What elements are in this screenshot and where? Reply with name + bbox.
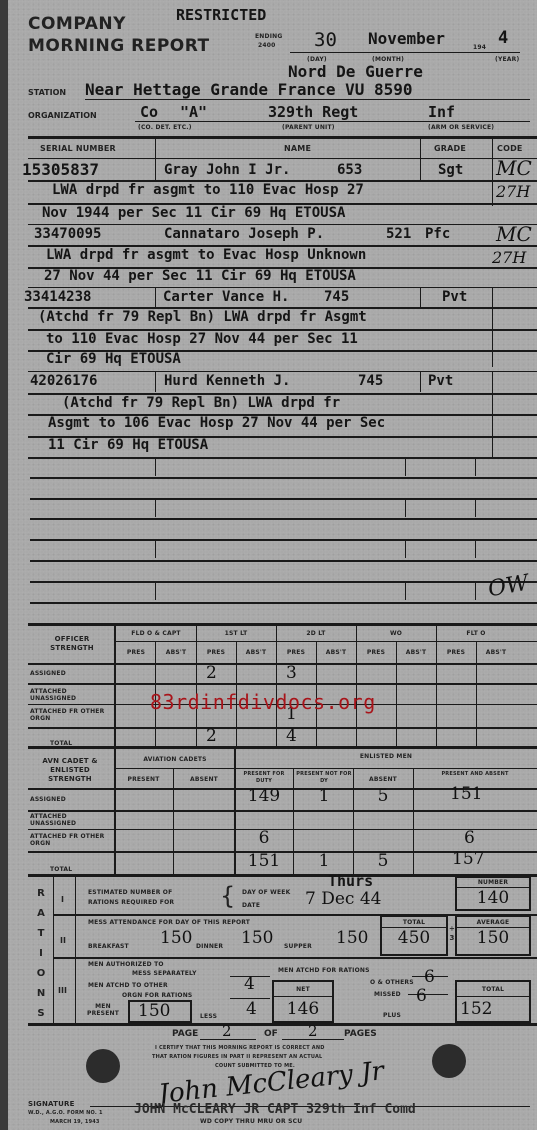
entry-name: Gray John I Jr. — [164, 162, 290, 178]
entry-code-1: MC — [496, 156, 532, 180]
officer-strength-title: OFFICER STRENGTH — [36, 635, 108, 653]
subcol-abst: ABS'T — [316, 649, 356, 656]
row-total-label: TOTAL — [50, 866, 72, 873]
punch-hole-left — [86, 1049, 120, 1083]
em-assigned-present-duty: 149 — [236, 786, 292, 806]
entry-grade: Sgt — [438, 162, 463, 178]
report-month: November — [368, 29, 445, 48]
col-code: CODE — [497, 144, 523, 153]
entry-remark: 11 Cir 69 Hq ETOUSA — [48, 437, 208, 453]
em-total-absent: 5 — [354, 851, 412, 871]
row-attached-other-label: ATTACHED FR OTHER ORGN — [30, 833, 110, 847]
rations-total-label: TOTAL — [457, 986, 529, 993]
em-total-present-duty: 151 — [236, 851, 292, 871]
em-attached-present-duty: 6 — [236, 828, 292, 848]
breakfast-label: BREAKFAST — [88, 943, 129, 950]
org-caption-arm: (ARM OR SERVICE) — [428, 124, 494, 131]
entry-grade: Pfc — [425, 226, 450, 242]
entry-code-2: 27H — [492, 248, 526, 267]
year-caption: (YEAR) — [495, 56, 519, 63]
entry-code-2: 27H — [496, 182, 530, 201]
station-line1: Nord De Guerre — [288, 62, 423, 81]
entry-remark: to 110 Evac Hosp 27 Nov 44 per Sec 11 — [46, 331, 358, 347]
officer-assigned-2d-lt-pres: 3 — [286, 663, 297, 683]
entry-serial: 42026176 — [30, 373, 97, 389]
rations-number-value: 140 — [457, 888, 529, 908]
group-2d-lt: 2D LT — [276, 630, 356, 637]
of-label: OF — [264, 1029, 278, 1039]
entry-name: Cannataro Joseph P. — [164, 226, 324, 242]
rations-section-1-numeral: I — [61, 895, 64, 904]
entry-serial: 33414238 — [24, 289, 91, 305]
enlisted-strength-title: AVN CADET & ENLISTED STRENGTH — [30, 757, 110, 784]
form-date: MARCH 19, 1943 — [50, 1119, 100, 1125]
col-present-not-for-duty: PRESENT NOT FOR DY — [295, 771, 353, 785]
watermark: 83rdinfdivdocs.org — [150, 690, 376, 714]
breakfast-value: 150 — [160, 928, 192, 948]
mess-total-label: TOTAL — [382, 919, 446, 926]
men-present-label: MEN PRESENT — [80, 1003, 126, 1017]
entry-remark: 27 Nov 44 per Sec 11 Cir 69 Hq ETOUSA — [44, 268, 356, 284]
entry-code-1: MC — [496, 222, 532, 246]
row-attached-unassigned-label: ATTACHED UNASSIGNED — [30, 688, 110, 702]
dinner-label: DINNER — [196, 943, 223, 950]
mess-total-value: 450 — [382, 928, 446, 948]
subcol-abst: ABS'T — [396, 649, 436, 656]
col-name: NAME — [284, 144, 311, 153]
day-of-week-label: DAY OF WEEK — [242, 889, 290, 896]
o-and-others-value: 6 — [424, 967, 435, 987]
entry-remark: LWA drpd fr asgmt to 110 Evac Hosp 27 — [52, 182, 364, 198]
entry-remark: (Atchd fr 79 Repl Bn) LWA drpd fr Asgmt — [38, 309, 367, 325]
org-caption-parent: (PARENT UNIT) — [282, 124, 335, 131]
entry-serial: 15305837 — [22, 160, 99, 179]
entry-mos: 521 — [386, 226, 411, 242]
signature-label: SIGNATURE — [28, 1100, 75, 1108]
aviation-cadets-header: AVIATION CADETS — [116, 756, 234, 763]
o-and-others-label: O & OTHERS — [370, 979, 414, 986]
certification-line-2: THAT RATION FIGURES IN PART II REPRESENT… — [152, 1054, 322, 1060]
entry-serial: 33470095 — [34, 226, 101, 242]
em-attached-total: 6 — [464, 828, 475, 848]
subcol-abst: ABS'T — [476, 649, 516, 656]
col-present-and-absent: PRESENT AND ABSENT — [414, 771, 536, 778]
entry-mos: 653 — [337, 162, 362, 178]
entry-mos: 745 — [358, 373, 383, 389]
row-assigned-label: ASSIGNED — [30, 670, 66, 677]
plus-label: PLUS — [383, 1012, 401, 1019]
form-title-line2: MORNING REPORT — [28, 36, 210, 56]
form-title-line1: COMPANY — [28, 14, 126, 34]
em-assigned-present-not-duty: 1 — [295, 786, 353, 806]
less-value: 4 — [246, 999, 257, 1019]
net-value: 146 — [274, 999, 332, 1019]
entry-remark: (Atchd fr 79 Repl Bn) LWA drpd fr — [62, 395, 340, 411]
entry-remark: Cir 69 Hq ETOUSA — [46, 351, 181, 367]
org-arm: Inf — [428, 103, 455, 121]
entry-remark: Asgmt to 106 Evac Hosp 27 Nov 44 per Sec — [48, 415, 385, 431]
ending-time-label: 2400 — [258, 42, 276, 49]
subcol-pres: PRES — [116, 649, 156, 656]
em-assigned-total: 151 — [450, 784, 482, 804]
page-label: PAGE — [172, 1029, 198, 1039]
col-present-for-duty: PRESENT FOR DUTY — [236, 771, 292, 785]
mess-attendance-label: MESS ATTENDANCE FOR DAY OF THIS REPORT — [88, 919, 250, 926]
col-avn-absent: ABSENT — [174, 776, 234, 783]
officer-total-2d-lt-pres: 4 — [286, 726, 297, 746]
supper-label: SUPPER — [284, 943, 312, 950]
col-avn-present: PRESENT — [114, 776, 173, 783]
classification-stamp: RESTRICTED — [176, 6, 266, 24]
atchd-for-rations-label: MEN ATCHD FOR RATIONS — [278, 967, 370, 974]
year-prefix: 194 — [473, 44, 486, 51]
form-number: W.D., A.G.O. FORM NO. 1 — [28, 1110, 103, 1116]
group-wo: WO — [356, 630, 436, 637]
col-em-absent: ABSENT — [354, 776, 412, 783]
morning-report-document: COMPANY MORNING REPORT RESTRICTED ENDING… — [0, 0, 537, 1130]
ending-label: ENDING — [255, 33, 282, 40]
atchd-other-label-1: MEN ATCHD TO OTHER — [88, 982, 168, 989]
missed-label: MISSED — [374, 991, 401, 998]
organization-label: ORGANIZATION — [28, 111, 97, 120]
mess-separately-label-1: MEN AUTHORIZED TO — [88, 961, 164, 968]
mess-separately-value: 4 — [244, 974, 255, 994]
station-line2: Near Hettage Grande France VU 8590 — [85, 80, 413, 99]
entry-remark: Nov 1944 per Sec 11 Cir 69 Hq ETOUSA — [42, 205, 345, 221]
officer-assigned-1st-lt-pres: 2 — [206, 663, 217, 683]
certification-line-1: I CERTIFY THAT THIS MORNING REPORT IS CO… — [155, 1045, 325, 1051]
plus-value: 6 — [416, 986, 427, 1006]
enlisted-men-header: ENLISTED MEN — [236, 753, 536, 760]
men-present-value: 150 — [138, 1001, 170, 1021]
org-company-letter: "A" — [180, 103, 207, 121]
org-parent-unit: 329th Regt — [268, 103, 358, 121]
punch-hole-right — [432, 1044, 466, 1078]
entry-name: Hurd Kenneth J. — [164, 373, 290, 389]
brace-icon: { — [220, 882, 235, 910]
subcol-pres: PRES — [276, 649, 316, 656]
number-label: NUMBER — [457, 879, 529, 886]
station-label: STATION — [28, 88, 66, 97]
col-grade: GRADE — [434, 144, 466, 153]
entry-mos: 745 — [324, 289, 349, 305]
date-value: 7 Dec 44 — [305, 889, 381, 909]
mess-separately-label-2: MESS SEPARATELY — [132, 970, 197, 977]
day-of-week-value: Thurs — [328, 872, 373, 890]
rations-section-2-numeral: II — [60, 936, 66, 945]
entry-grade: Pvt — [442, 289, 467, 305]
org-company: Co — [140, 103, 158, 121]
subcol-pres: PRES — [196, 649, 236, 656]
date-label: DATE — [242, 902, 260, 909]
org-caption-company: (CO. DET. ETC.) — [138, 124, 192, 131]
average-label: AVERAGE — [457, 919, 529, 926]
entry-remark: LWA drpd fr asgmt to Evac Hosp Unknown — [46, 247, 366, 263]
group-flt-o: FLT O — [436, 630, 516, 637]
total-pages: 2 — [308, 1022, 318, 1040]
subcol-abst: ABS'T — [156, 649, 196, 656]
copy-note: WD COPY THRU MRU OR SCU — [200, 1118, 302, 1125]
rations-side-label: R A T I O N S — [34, 884, 48, 1024]
group-fld-o-capt: FLD O & CAPT — [116, 630, 196, 637]
signer-typed-name: JOHN McCLEARY JR CAPT 329th Inf Comd — [134, 1102, 416, 1117]
report-day: 30 — [314, 29, 337, 51]
report-year: 4 — [498, 28, 508, 48]
page-number: 2 — [222, 1022, 232, 1040]
rations-section-3-numeral: III — [58, 986, 67, 995]
officer-total-1st-lt-pres: 2 — [206, 726, 217, 746]
col-serial-number: SERIAL NUMBER — [40, 144, 116, 153]
rations-estimated-label: ESTIMATED NUMBER OF — [88, 889, 172, 896]
reviewer-initials: OW — [486, 571, 530, 603]
em-assigned-absent: 5 — [354, 786, 412, 806]
supper-value: 150 — [336, 928, 368, 948]
pages-label: PAGES — [344, 1029, 377, 1039]
em-grand-total: 157 — [452, 849, 484, 869]
less-label: LESS — [200, 1013, 217, 1020]
net-label: NET — [274, 986, 332, 993]
rations-total-value: 152 — [460, 999, 492, 1019]
row-attached-unassigned-label: ATTACHED UNASSIGNED — [30, 813, 110, 827]
subcol-abst: ABS'T — [236, 649, 276, 656]
em-total-present-not-duty: 1 — [295, 851, 353, 871]
atchd-other-label-2: ORGN FOR RATIONS — [122, 992, 192, 999]
entry-name: Carter Vance H. — [163, 289, 289, 305]
subcol-pres: PRES — [436, 649, 476, 656]
group-1st-lt: 1ST LT — [196, 630, 276, 637]
row-attached-other-label: ATTACHED FR OTHER ORGN — [30, 708, 110, 722]
row-assigned-label: ASSIGNED — [30, 796, 66, 803]
dinner-value: 150 — [241, 928, 273, 948]
rations-required-label: RATIONS REQUIRED FOR — [88, 899, 174, 906]
entry-grade: Pvt — [428, 373, 453, 389]
average-value: 150 — [457, 928, 529, 948]
subcol-pres: PRES — [356, 649, 396, 656]
